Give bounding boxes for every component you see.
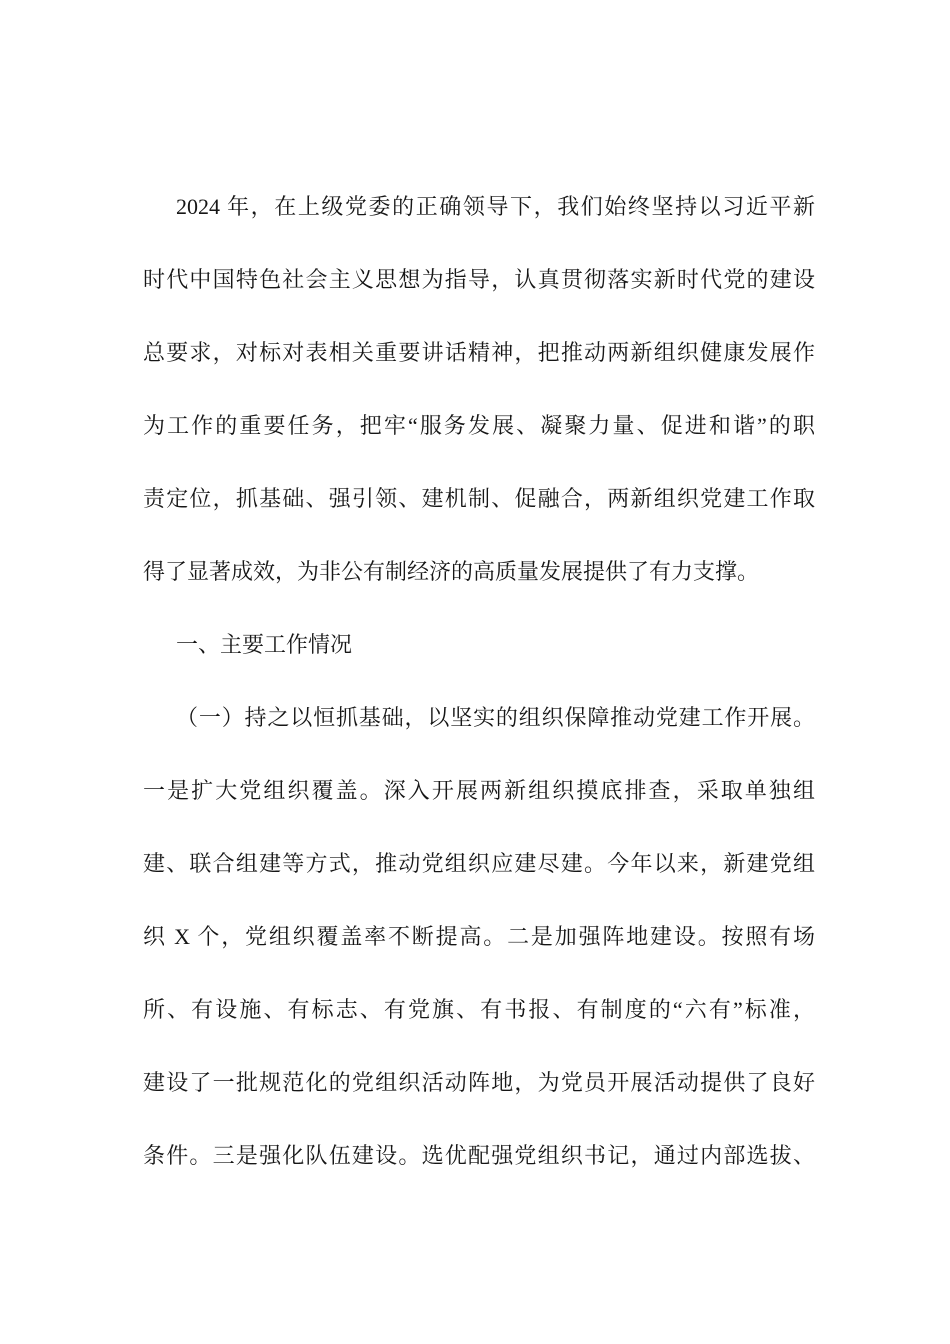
text-line: 建、联合组建等方式，推动党组织应建尽建。今年以来，新建党组: [143, 827, 815, 900]
text-line: 所、有设施、有标志、有党旗、有书报、有制度的“六有”标准，: [143, 973, 815, 1046]
paragraph-intro: 2024 年，在上级党委的正确领导下，我们始终坚持以习近平新 时代中国特色社会主…: [143, 170, 815, 608]
heading-line: 一、主要工作情况: [143, 608, 815, 681]
paragraph-section-one: （一）持之以恒抓基础，以坚实的组织保障推动党建工作开展。 一是扩大党组织覆盖。深…: [143, 681, 815, 1192]
text-line: 条件。三是强化队伍建设。选优配强党组织书记，通过内部选拔、: [143, 1119, 815, 1192]
text-line: 总要求，对标对表相关重要讲话精神，把推动两新组织健康发展作: [143, 316, 815, 389]
text-line: 织 X 个，党组织覆盖率不断提高。二是加强阵地建设。按照有场: [143, 900, 815, 973]
text-line: 得了显著成效，为非公有制经济的高质量发展提供了有力支撑。: [143, 535, 815, 608]
text-line: （一）持之以恒抓基础，以坚实的组织保障推动党建工作开展。: [143, 681, 815, 754]
section-heading: 一、主要工作情况: [143, 608, 815, 681]
text-line: 一是扩大党组织覆盖。深入开展两新组织摸底排查，采取单独组: [143, 754, 815, 827]
document-page: 2024 年，在上级党委的正确领导下，我们始终坚持以习近平新 时代中国特色社会主…: [0, 0, 950, 1344]
text-line: 时代中国特色社会主义思想为指导，认真贯彻落实新时代党的建设: [143, 243, 815, 316]
text-line: 建设了一批规范化的党组织活动阵地，为党员开展活动提供了良好: [143, 1046, 815, 1119]
document-body: 2024 年，在上级党委的正确领导下，我们始终坚持以习近平新 时代中国特色社会主…: [143, 170, 815, 1192]
text-line: 2024 年，在上级党委的正确领导下，我们始终坚持以习近平新: [143, 170, 815, 243]
text-line: 为工作的重要任务，把牢“服务发展、凝聚力量、促进和谐”的职: [143, 389, 815, 462]
text-line: 责定位，抓基础、强引领、建机制、促融合，两新组织党建工作取: [143, 462, 815, 535]
